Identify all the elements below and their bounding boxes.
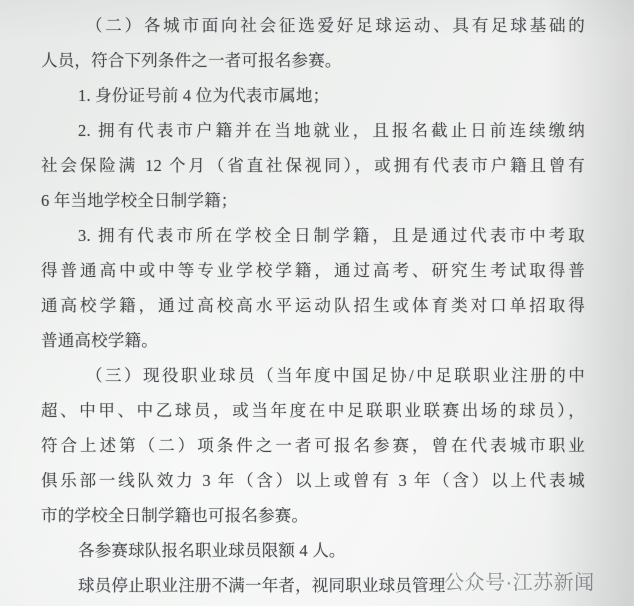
wechat-account-watermark: 公众号·江苏新闻 <box>444 566 595 601</box>
text-line: 2. 拥有代表市户籍并在当地就业，且报名截止日前连续缴纳 <box>41 113 585 148</box>
text-line: （二）各城市面向社会征选爱好足球运动、具有足球基础的 <box>41 8 585 43</box>
text-line: （三）现役职业球员（当年度中国足协/中足联职业注册的中 <box>41 358 585 393</box>
document-page: （二）各城市面向社会征选爱好足球运动、具有足球基础的 人员，符合下列条件之一者可… <box>0 0 634 606</box>
text-line: 普通高校学籍。 <box>41 323 585 358</box>
text-line: 人员，符合下列条件之一者可报名参赛。 <box>41 43 585 78</box>
text-line: 各参赛球队报名职业球员限额 4 人。 <box>41 533 585 568</box>
text-line: 6 年当地学校全日制学籍； <box>41 183 585 218</box>
text-line: 通高校学籍，通过高校高水平运动队招生或体育类对口单招取得 <box>41 288 585 323</box>
text-line: 社会保险满 12 个月（省直社保视同），或拥有代表市户籍且曾有 <box>41 148 585 183</box>
text-line: 超、中甲、中乙球员，或当年度在中足联职业联赛出场的球员）， <box>41 393 585 428</box>
text-line: 市的学校全日制学籍也可报名参赛。 <box>41 498 585 533</box>
text-line: 1. 身份证号前 4 位为代表市属地； <box>41 78 585 113</box>
text-line: 3. 拥有代表市所在学校全日制学籍，且是通过代表市中考取 <box>41 218 585 253</box>
text-line: 俱乐部一线队效力 3 年（含）以上或曾有 3 年（含）以上代表城 <box>41 463 585 498</box>
text-line: 得普通高中或中等专业学校学籍，通过高考、研究生考试取得普 <box>41 253 585 288</box>
text-line: 符合上述第（二）项条件之一者可报名参赛，曾在代表城市职业 <box>41 428 585 463</box>
document-text-block: （二）各城市面向社会征选爱好足球运动、具有足球基础的 人员，符合下列条件之一者可… <box>0 8 634 603</box>
